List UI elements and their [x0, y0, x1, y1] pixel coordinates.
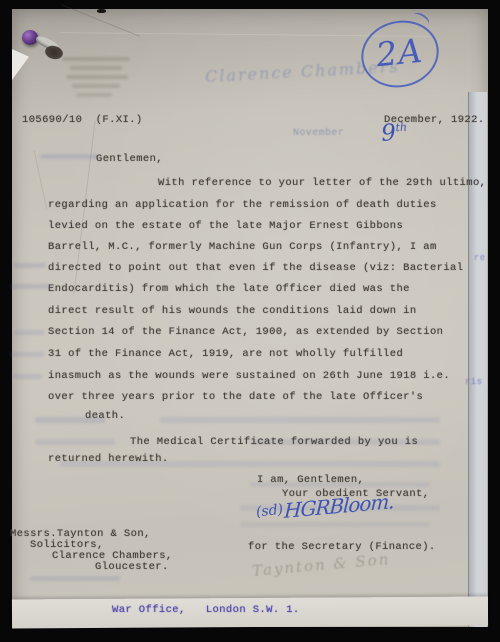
bleed-through-line — [40, 154, 98, 159]
salutation: Gentlemen, — [96, 153, 163, 165]
body-line: Section 14 of the Finance Act, 1900, as … — [48, 326, 443, 338]
signed-for-line: for the Secretary (Finance). — [248, 541, 436, 553]
reference-number: 105690/10 (F.XI.) — [22, 114, 143, 126]
body-line: With reference to your letter of the 29t… — [158, 177, 486, 189]
paper-notch — [97, 9, 106, 13]
body-line: 31 of the Finance Act, 1919, are not who… — [48, 348, 403, 360]
bleed-through-line — [14, 330, 44, 335]
bleed-through-line — [10, 352, 44, 357]
body-line: Barrell, M.C., formerly Machine Gun Corp… — [48, 241, 437, 253]
bleed-through-line — [35, 439, 115, 445]
letter-date: December, 1922. — [384, 114, 485, 126]
bleed-through-line — [14, 263, 46, 268]
bleed-through-line — [62, 57, 130, 61]
bleed-through-line — [70, 66, 122, 70]
addressee-line: Gloucester. — [95, 561, 169, 573]
bleed-through-margin: re — [474, 253, 486, 263]
body-line: Endocarditis) from which the late Office… — [48, 283, 410, 295]
bleed-through-line — [72, 84, 120, 88]
body-line: levied on the estate of the late Major E… — [48, 220, 403, 232]
body-line: direct result of his wounds the conditio… — [48, 305, 417, 317]
bleed-through-margin: ris — [465, 377, 482, 387]
body-line: over three years prior to the date of th… — [48, 391, 423, 403]
body-line: inasmuch as the wounds were sustained on… — [48, 370, 450, 382]
bleed-through-line — [10, 284, 50, 289]
bleed-through-line — [30, 576, 120, 581]
bleed-through-line — [160, 417, 440, 423]
handwritten-day: 9th — [349, 93, 410, 175]
footer-address: War Office, London S.W. 1. — [112, 604, 300, 616]
bleed-through-line — [76, 93, 112, 97]
closing-line: I am, Gentlemen, — [257, 474, 364, 486]
bleed-through-line — [240, 522, 430, 527]
bleed-through-line — [12, 374, 42, 379]
signature-sd: (sd) — [255, 502, 284, 521]
bleed-through-date: November — [293, 128, 344, 139]
body-line: The Medical Certificate forwarded by you… — [130, 436, 418, 448]
bleed-through-line — [66, 75, 128, 79]
folio-marking: 2A — [374, 31, 425, 75]
document-photo: Clarence Chambers 2A 105690/10 (F.XI.) 9… — [0, 0, 500, 642]
bleed-through-line — [35, 417, 105, 423]
body-line: returned herewith. — [48, 453, 169, 465]
body-line: directed to point out that even if the d… — [48, 262, 463, 274]
underlying-page-edge-right — [468, 92, 487, 627]
body-line: regarding an application for the remissi… — [48, 199, 437, 211]
